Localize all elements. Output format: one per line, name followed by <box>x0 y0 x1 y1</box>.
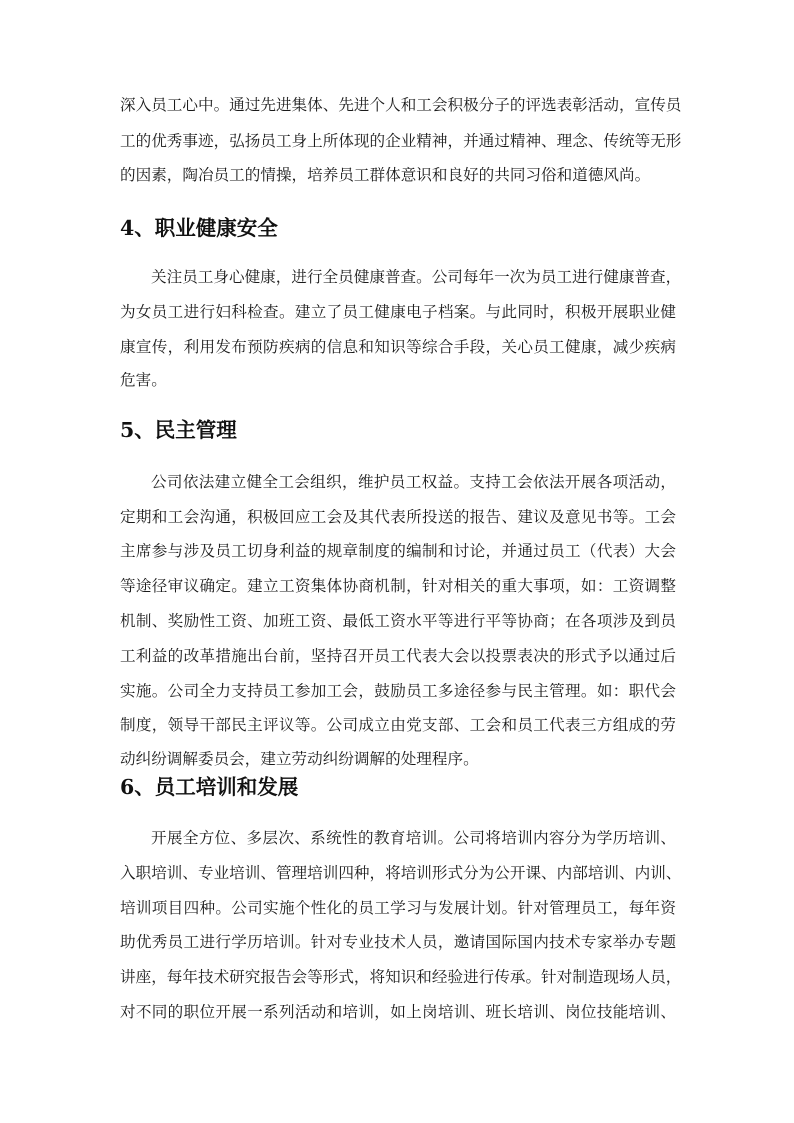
paragraph-line: 讲座，每年技术研究报告会等形式，将知识和经验进行传承。针对制造现场人员， <box>120 967 676 987</box>
paragraph-line: 康宣传，利用发布预防疾病的信息和知识等综合手段，关心员工健康，减少疾病 <box>120 337 676 357</box>
paragraph-line: 工的优秀事迹，弘扬员工身上所体现的企业精神，并通过精神、理念、传统等无形 <box>120 131 676 151</box>
paragraph-line: 公司依法建立健全工会组织，维护员工权益。支持工会依法开展各项活动， <box>151 472 676 492</box>
paragraph-line: 培训项目四种。公司实施个性化的员工学习与发展计划。针对管理员工，每年资 <box>120 898 676 918</box>
paragraph-line: 主席参与涉及员工切身利益的规章制度的编制和讨论，并通过员工（代表）大会 <box>120 541 676 561</box>
section-heading: 4、职业健康安全 <box>120 215 278 241</box>
paragraph-line: 入职培训、专业培训、管理培训四种，将培训形式分为公开课、内部培训、内训、 <box>120 863 676 883</box>
paragraph-line: 开展全方位、多层次、系统性的教育培训。公司将培训内容分为学历培训、 <box>151 828 676 848</box>
paragraph-line: 的因素，陶冶员工的情操，培养员工群体意识和良好的共同习俗和道德风尚。 <box>120 165 676 185</box>
paragraph-line: 危害。 <box>120 370 676 390</box>
paragraph-line: 定期和工会沟通，积极回应工会及其代表所投送的报告、建议及意见书等。工会 <box>120 507 676 527</box>
paragraph-line: 机制、奖励性工资、加班工资、最低工资水平等进行平等协商；在各项涉及到员 <box>120 611 676 631</box>
paragraph-line: 助优秀员工进行学历培训。针对专业技术人员，邀请国际国内技术专家举办专题 <box>120 932 676 952</box>
paragraph-line: 深入员工心中。通过先进集体、先进个人和工会积极分子的评选表彰活动，宣传员 <box>120 95 676 115</box>
paragraph-line: 等途径审议确定。建立工资集体协商机制，针对相关的重大事项，如：工资调整 <box>120 576 676 596</box>
section-heading: 5、民主管理 <box>120 417 237 443</box>
paragraph-line: 制度，领导干部民主评议等。公司成立由党支部、工会和员工代表三方组成的劳 <box>120 715 676 735</box>
paragraph-line: 实施。公司全力支持员工参加工会，鼓励员工多途径参与民主管理。如：职代会 <box>120 681 676 701</box>
paragraph-line: 工利益的改革措施出台前，坚持召开员工代表大会以投票表决的形式予以通过后 <box>120 646 676 666</box>
paragraph-line: 对不同的职位开展一系列活动和培训，如上岗培训、班长培训、岗位技能培训、 <box>120 1002 676 1022</box>
paragraph-line: 为女员工进行妇科检查。建立了员工健康电子档案。与此同时，积极开展职业健 <box>120 302 676 322</box>
section-heading: 6、员工培训和发展 <box>120 774 298 800</box>
paragraph-line: 动纠纷调解委员会，建立劳动纠纷调解的处理程序。 <box>120 749 676 769</box>
paragraph-line: 关注员工身心健康，进行全员健康普查。公司每年一次为员工进行健康普查， <box>151 267 676 287</box>
